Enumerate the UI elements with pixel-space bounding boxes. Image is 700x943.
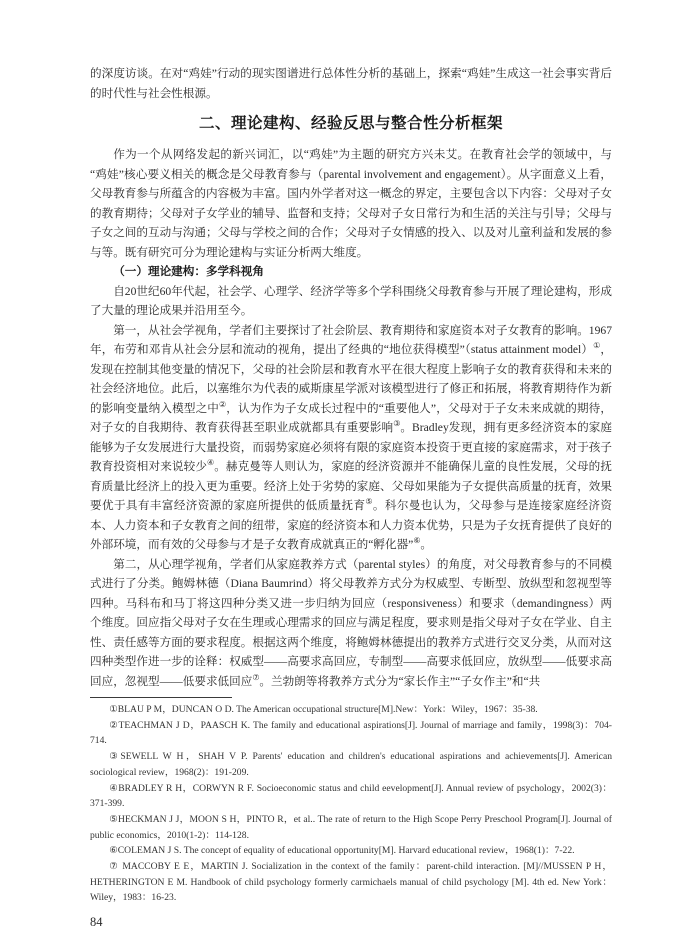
paragraph-parental-involvement: 作为一个从网络发起的新兴词汇，以“鸡娃”为主题的研究方兴未艾。在教育社会学的领域… — [90, 145, 612, 262]
paragraph-psychology-perspective: 第二，从心理学视角，学者们从家庭教养方式（parental styles）的角度… — [90, 555, 612, 692]
footnote-6: ⑥COLEMAN J S. The concept of equality of… — [90, 843, 612, 859]
footnote-7: ⑦ MACCOBY E E，MARTIN J. Socialization in… — [90, 859, 612, 906]
footnote-5: ⑤HECKMAN J J，MOON S H，PINTO R，et al.. Th… — [90, 812, 612, 843]
page-number: 84 — [90, 915, 612, 930]
section-heading: 二、理论建构、经验反思与整合性分析框架 — [90, 115, 612, 133]
paragraph-continuation: 的深度访谈。在对“鸡娃”行动的现实图谱进行总体性分析的基础上，探索“鸡娃”生成这… — [90, 64, 612, 103]
document-page: 的深度访谈。在对“鸡娃”行动的现实图谱进行总体性分析的基础上，探索“鸡娃”生成这… — [0, 0, 700, 943]
paragraph-sociology-perspective: 第一，从社会学视角，学者们主要探讨了社会阶层、教育期待和家庭资本对子女教育的影响… — [90, 321, 612, 555]
footnote-separator — [90, 697, 232, 698]
paragraph-theory-overview: 自20世纪60年代起，社会学、心理学、经济学等多个学科围绕父母教育参与开展了理论… — [90, 282, 612, 321]
footnotes-section: ①BLAU P M，DUNCAN O D. The American occup… — [90, 702, 612, 906]
footnote-4: ④BRADLEY R H，CORWYN R F. Socioeconomic s… — [90, 781, 612, 812]
footnote-2: ②TEACHMAN J D，PAASCH K. The family and e… — [90, 718, 612, 749]
subsection-heading: （一）理论建构：多学科视角 — [90, 262, 612, 282]
footnote-3: ③SEWELL W H，SHAH V P. Parents' education… — [90, 749, 612, 780]
footnote-1: ①BLAU P M，DUNCAN O D. The American occup… — [90, 702, 612, 718]
